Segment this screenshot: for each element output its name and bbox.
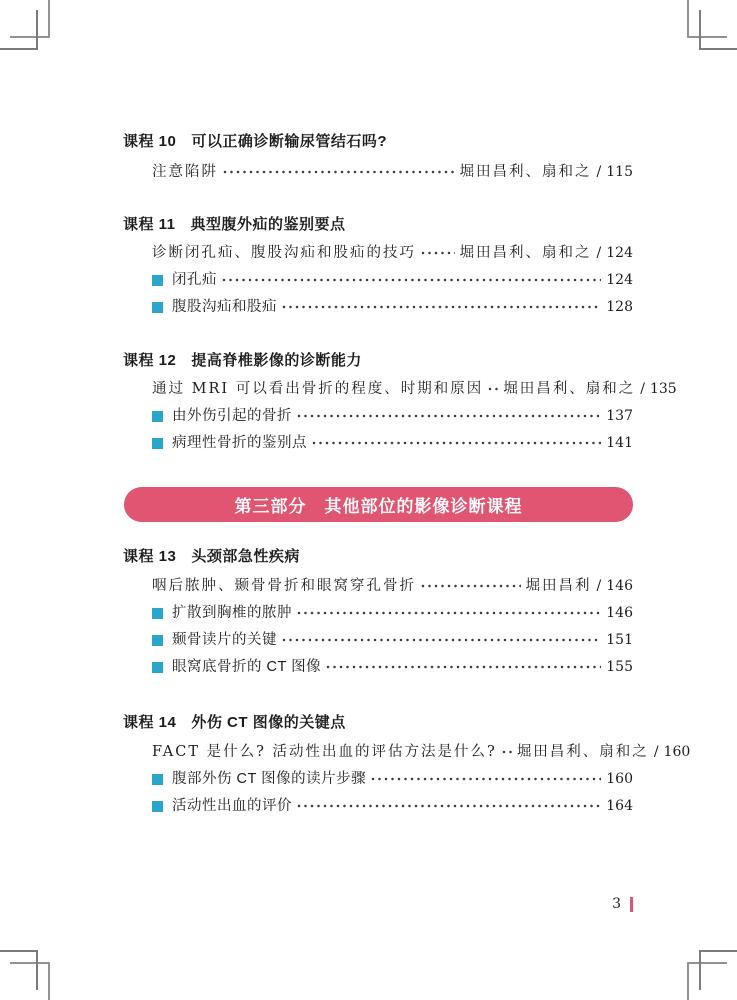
entry-page: 115 <box>606 163 633 181</box>
lesson-label: 课程 10 <box>123 134 176 150</box>
dot-leader <box>502 750 512 754</box>
lesson-title: 头颈部急性疾病 <box>191 549 300 565</box>
bullet-square-icon <box>152 302 163 313</box>
entry-title: 闭孔疝 <box>172 271 217 289</box>
lesson-title: 典型腹外疝的鉴别要点 <box>191 217 346 233</box>
crop-mark <box>36 950 38 990</box>
lesson-heading: 课程 10 可以正确诊断输尿管结石吗? <box>123 134 633 150</box>
entry-authors: 堀田昌利、扇和之 <box>460 244 592 262</box>
entry-page: 124 <box>606 244 633 262</box>
toc-entry: FACT 是什么? 活动性出血的评估方法是什么? 堀田昌利、扇和之 / 160 <box>152 743 633 761</box>
entry-title: 腹部外伤 CT 图像的读片步骤 <box>172 770 366 788</box>
part-banner-label: 第三部分 其他部位的影像诊断课程 <box>235 492 523 517</box>
crop-mark <box>0 48 38 50</box>
bullet-square-icon <box>152 662 163 673</box>
crop-mark <box>36 10 38 50</box>
dot-leader <box>297 611 601 615</box>
dot-leader <box>488 387 498 391</box>
entry-page: 128 <box>606 298 633 316</box>
bullet-square-icon <box>152 275 163 286</box>
lesson-heading: 课程 11 典型腹外疝的鉴别要点 <box>123 217 633 233</box>
toc-entry: 诊断闭孔疝、腹股沟疝和股疝的技巧 堀田昌利、扇和之 / 124 <box>152 244 633 262</box>
toc-entry: 注意陷阱 堀田昌利、扇和之 / 115 <box>152 163 633 181</box>
lesson-heading: 课程 13 头颈部急性疾病 <box>123 549 633 565</box>
entry-title: 眼窝底骨折的 CT 图像 <box>172 658 321 676</box>
crop-mark <box>48 0 50 38</box>
dot-leader <box>326 665 601 669</box>
crop-mark <box>0 950 38 952</box>
crop-mark <box>10 36 50 38</box>
entry-title: 注意陷阱 <box>152 163 218 181</box>
lesson-heading: 课程 12 提高脊椎影像的诊断能力 <box>123 353 633 369</box>
toc-entry: 腹部外伤 CT 图像的读片步骤 160 <box>152 770 633 788</box>
entry-page: 155 <box>606 658 633 676</box>
page-separator: / <box>597 163 602 181</box>
entry-authors: 堀田昌利、扇和之 <box>460 163 592 181</box>
page-separator: / <box>597 577 602 595</box>
toc-entry: 腹股沟疝和股疝 128 <box>152 298 633 316</box>
crop-mark <box>699 950 737 952</box>
dot-leader <box>371 777 601 781</box>
bullet-square-icon <box>152 608 163 619</box>
entry-page: 146 <box>606 604 633 622</box>
entry-page: 164 <box>606 797 633 815</box>
lesson-label: 课程 14 <box>123 715 176 731</box>
page-number: 3 <box>612 896 621 912</box>
book-toc-page: 课程 10 可以正确诊断输尿管结石吗? 注意陷阱 堀田昌利、扇和之 / 115 … <box>0 0 737 1000</box>
lesson-title: 提高脊椎影像的诊断能力 <box>191 353 362 369</box>
entry-authors: 堀田昌利、扇和之 <box>517 743 649 761</box>
entry-title: 病理性骨折的鉴别点 <box>172 434 307 452</box>
crop-mark <box>687 962 689 1000</box>
entry-page: 124 <box>606 271 633 289</box>
page-separator: / <box>654 743 659 761</box>
entry-authors: 堀田昌利 <box>526 577 592 595</box>
entry-title: 活动性出血的评价 <box>172 797 292 815</box>
toc-entry: 病理性骨折的鉴别点 141 <box>152 434 633 452</box>
entry-page: 146 <box>606 577 633 595</box>
bullet-square-icon <box>152 774 163 785</box>
bullet-square-icon <box>152 801 163 812</box>
dot-leader <box>222 278 601 282</box>
crop-mark <box>48 962 50 1000</box>
dot-leader <box>312 441 601 445</box>
toc-entry: 由外伤引起的骨折 137 <box>152 407 633 425</box>
page-separator: / <box>597 244 602 262</box>
entry-page: 160 <box>606 770 633 788</box>
entry-title: 颞骨读片的关键 <box>172 631 277 649</box>
entry-title: 扩散到胸椎的脓肿 <box>172 604 292 622</box>
page-footer: 3 <box>595 895 633 913</box>
dot-leader <box>282 305 601 309</box>
lesson-label: 课程 11 <box>123 217 176 233</box>
table-of-contents: 课程 10 可以正确诊断输尿管结石吗? 注意陷阱 堀田昌利、扇和之 / 115 … <box>123 134 633 815</box>
toc-entry: 咽后脓肿、颞骨骨折和眼窝穿孔骨折 堀田昌利 / 146 <box>152 577 633 595</box>
lesson-heading: 课程 14 外伤 CT 图像的关键点 <box>123 715 633 731</box>
bullet-square-icon <box>152 411 163 422</box>
lesson-label: 课程 12 <box>123 353 176 369</box>
crop-mark <box>699 950 701 990</box>
toc-entry: 颞骨读片的关键 151 <box>152 631 633 649</box>
dot-leader <box>297 804 601 808</box>
toc-entry: 通过 MRI 可以看出骨折的程度、时期和原因 堀田昌利、扇和之 / 135 <box>152 380 633 398</box>
lesson-title: 可以正确诊断输尿管结石吗? <box>191 134 387 150</box>
toc-entry: 闭孔疝 124 <box>152 271 633 289</box>
toc-entry: 眼窝底骨折的 CT 图像 155 <box>152 658 633 676</box>
lesson-label: 课程 13 <box>123 549 176 565</box>
dot-leader <box>282 638 601 642</box>
entry-title: 腹股沟疝和股疝 <box>172 298 277 316</box>
entry-authors: 堀田昌利、扇和之 <box>503 380 635 398</box>
crop-mark <box>687 962 727 964</box>
toc-entry: 扩散到胸椎的脓肿 146 <box>152 604 633 622</box>
bullet-square-icon <box>152 438 163 449</box>
page-number-bar <box>630 897 633 912</box>
entry-title: 通过 MRI 可以看出骨折的程度、时期和原因 <box>152 380 483 398</box>
entry-title: FACT 是什么? 活动性出血的评估方法是什么? <box>152 743 497 761</box>
crop-mark <box>699 10 701 50</box>
entry-page: 160 <box>664 743 691 761</box>
dot-leader <box>421 251 455 255</box>
entry-page: 151 <box>606 631 633 649</box>
lesson-title: 外伤 CT 图像的关键点 <box>191 715 345 731</box>
page-separator: / <box>640 380 645 398</box>
crop-mark <box>699 48 737 50</box>
crop-mark <box>687 36 727 38</box>
bullet-square-icon <box>152 635 163 646</box>
crop-mark <box>687 0 689 38</box>
entry-page: 135 <box>650 380 677 398</box>
entry-title: 咽后脓肿、颞骨骨折和眼窝穿孔骨折 <box>152 577 416 595</box>
entry-page: 137 <box>606 407 633 425</box>
crop-mark <box>10 962 50 964</box>
dot-leader <box>223 170 455 174</box>
part-banner: 第三部分 其他部位的影像诊断课程 <box>124 487 633 522</box>
entry-title: 由外伤引起的骨折 <box>172 407 292 425</box>
entry-page: 141 <box>606 434 633 452</box>
dot-leader <box>421 584 521 588</box>
toc-entry: 活动性出血的评价 164 <box>152 797 633 815</box>
dot-leader <box>297 414 601 418</box>
entry-title: 诊断闭孔疝、腹股沟疝和股疝的技巧 <box>152 244 416 262</box>
